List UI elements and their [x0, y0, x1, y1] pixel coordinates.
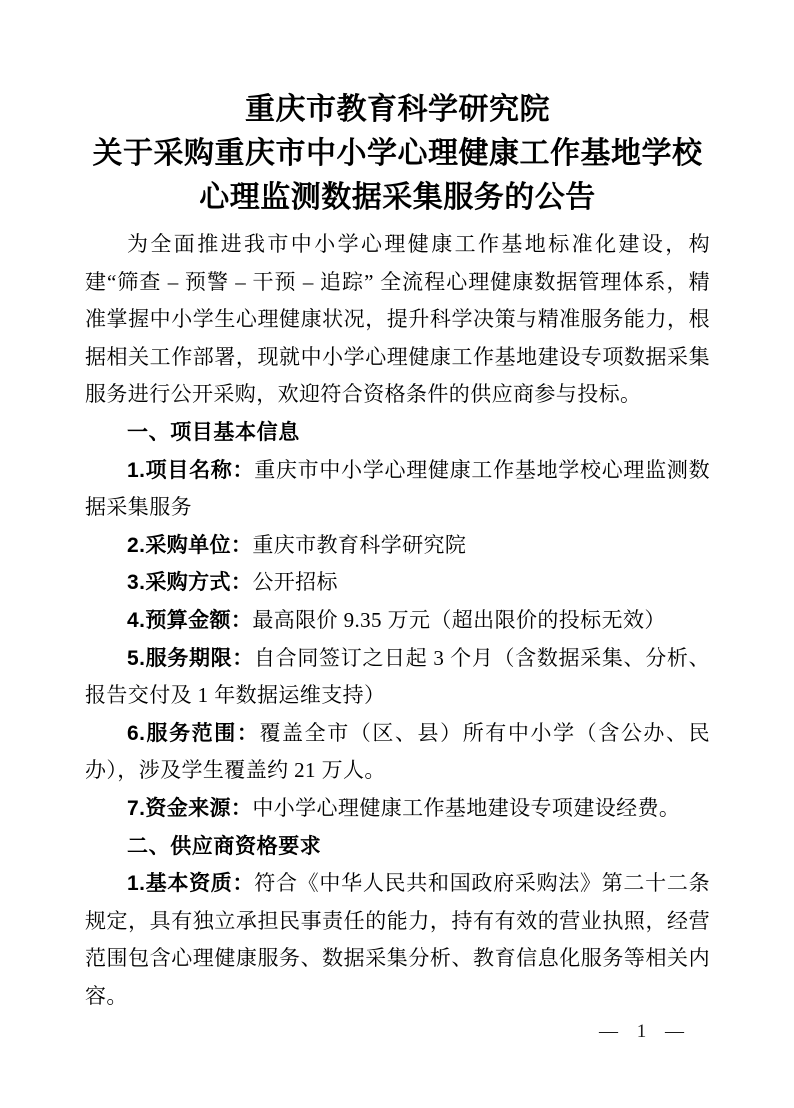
item-purchasing-unit: 2.采购单位：重庆市教育科学研究院 — [85, 527, 710, 565]
item-purchase-method: 3.采购方式：公开招标 — [85, 564, 710, 602]
section-heading-project-info: 一、项目基本信息 — [85, 414, 710, 452]
item-text: 最高限价 9.35 万元（超出限价的投标无效） — [252, 608, 665, 632]
doc-title-line-1: 重庆市教育科学研究院 — [85, 88, 710, 132]
item-label: 5.服务期限： — [127, 647, 254, 670]
doc-title-line-2: 关于采购重庆市中小学心理健康工作基地学校 — [85, 132, 710, 176]
item-label: 3.采购方式： — [127, 571, 252, 594]
document-page: 重庆市教育科学研究院 关于采购重庆市中小学心理健康工作基地学校 心理监测数据采集… — [0, 0, 794, 1108]
section-heading-supplier-qualifications: 二、供应商资格要求 — [85, 828, 710, 866]
item-label: 6.服务范围： — [127, 722, 259, 745]
item-label: 7.资金来源： — [127, 797, 252, 820]
doc-title: 重庆市教育科学研究院 关于采购重庆市中小学心理健康工作基地学校 心理监测数据采集… — [85, 88, 710, 220]
item-funding-source: 7.资金来源：中小学心理健康工作基地建设专项建设经费。 — [85, 790, 710, 828]
doc-title-line-3: 心理监测数据采集服务的公告 — [85, 176, 710, 220]
intro-paragraph: 为全面推进我市中小学心理健康工作基地标准化建设，构建“筛查 – 预警 – 干预 … — [85, 226, 710, 414]
item-text: 重庆市教育科学研究院 — [252, 533, 466, 557]
item-label: 1.项目名称： — [127, 459, 254, 482]
item-label: 4.预算金额： — [127, 609, 252, 632]
item-label: 1.基本资质： — [127, 872, 254, 895]
item-service-scope: 6.服务范围：覆盖全市（区、县）所有中小学（含公办、民办），涉及学生覆盖约 21… — [85, 715, 710, 790]
item-basic-qualification: 1.基本资质：符合《中华人民共和国政府采购法》第二十二条规定，具有独立承担民事责… — [85, 865, 710, 1015]
item-label: 2.采购单位： — [127, 534, 252, 557]
item-budget-amount: 4.预算金额：最高限价 9.35 万元（超出限价的投标无效） — [85, 602, 710, 640]
page-number: — 1 — — [599, 1020, 684, 1044]
item-project-name: 1.项目名称：重庆市中小学心理健康工作基地学校心理监测数据采集服务 — [85, 452, 710, 527]
item-text: 中小学心理健康工作基地建设专项建设经费。 — [252, 796, 680, 820]
item-service-period: 5.服务期限：自合同签订之日起 3 个月（含数据采集、分析、报告交付及 1 年数… — [85, 640, 710, 715]
item-text: 公开招标 — [252, 570, 338, 594]
